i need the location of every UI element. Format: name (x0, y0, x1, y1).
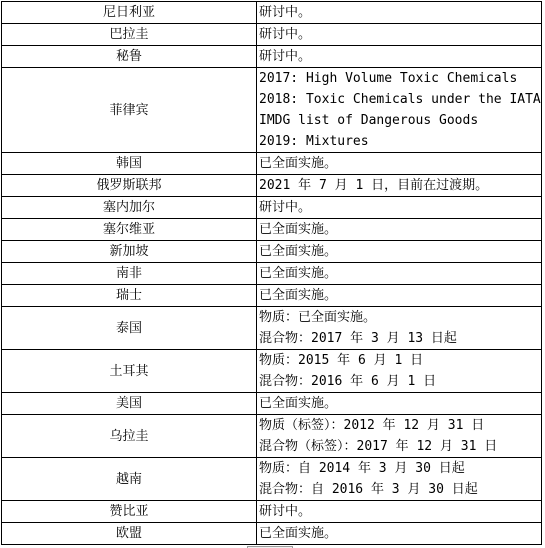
country-cell: 越南 (2, 458, 257, 501)
table-row: 塞内加尔研讨中。 (2, 197, 542, 219)
country-cell: 土耳其 (2, 350, 257, 393)
status-line: 2017: High Volume Toxic Chemicals (257, 68, 541, 89)
status-cell: 已全面实施。 (257, 153, 542, 175)
status-line: 物质：已全面实施。 (257, 307, 541, 328)
status-cell: 已全面实施。 (257, 523, 542, 545)
table-row: 越南物质：自 2014 年 3 月 30 日起混合物：自 2016 年 3 月 … (2, 458, 542, 501)
table-row: 土耳其物质：2015 年 6 月 1 日混合物：2016 年 6 月 1 日 (2, 350, 542, 393)
country-cell: 塞尔维亚 (2, 219, 257, 241)
status-line: 混合物：2016 年 6 月 1 日 (257, 371, 541, 392)
country-cell: 菲律宾 (2, 68, 257, 153)
status-line: 物质：2015 年 6 月 1 日 (257, 350, 541, 371)
table-row: 塞尔维亚已全面实施。 (2, 219, 542, 241)
country-cell: 美国 (2, 393, 257, 415)
country-cell: 赞比亚 (2, 501, 257, 523)
table-row: 欧盟已全面实施。 (2, 523, 542, 545)
status-cell: 研讨中。 (257, 501, 542, 523)
country-cell: 乌拉圭 (2, 415, 257, 458)
status-line: 混合物：自 2016 年 3 月 30 日起 (257, 479, 541, 500)
status-line: 研讨中。 (257, 197, 541, 218)
country-cell: 欧盟 (2, 523, 257, 545)
status-line: IMDG list of Dangerous Goods (257, 110, 541, 131)
status-cell: 已全面实施。 (257, 241, 542, 263)
country-cell: 新加坡 (2, 241, 257, 263)
country-cell: 瑞士 (2, 285, 257, 307)
table-row: 乌拉圭物质（标签）：2012 年 12 月 31 日混合物（标签）：2017 年… (2, 415, 542, 458)
status-line: 物质：自 2014 年 3 月 30 日起 (257, 458, 541, 479)
status-cell: 2017: High Volume Toxic Chemicals2018: T… (257, 68, 542, 153)
country-cell: 泰国 (2, 307, 257, 350)
table-row: 菲律宾2017: High Volume Toxic Chemicals2018… (2, 68, 542, 153)
country-cell: 南非 (2, 263, 257, 285)
table-row: 泰国物质：已全面实施。混合物：2017 年 3 月 13 日起 (2, 307, 542, 350)
country-cell: 韩国 (2, 153, 257, 175)
country-cell: 秘鲁 (2, 46, 257, 68)
status-cell: 物质：2015 年 6 月 1 日混合物：2016 年 6 月 1 日 (257, 350, 542, 393)
status-line: 混合物（标签）：2017 年 12 月 31 日 (257, 436, 541, 457)
table-row: 南非已全面实施。 (2, 263, 542, 285)
status-line: 2018: Toxic Chemicals under the IATA and (257, 89, 541, 110)
table-row: 瑞士已全面实施。 (2, 285, 542, 307)
table-row: 尼日利亚研讨中。 (2, 2, 542, 24)
status-line: 已全面实施。 (257, 241, 541, 262)
status-table-body: 尼日利亚研讨中。巴拉圭研讨中。秘鲁研讨中。菲律宾2017: High Volum… (2, 2, 542, 545)
status-line: 2019: Mixtures (257, 131, 541, 152)
status-cell: 物质：已全面实施。混合物：2017 年 3 月 13 日起 (257, 307, 542, 350)
status-cell: 物质（标签）：2012 年 12 月 31 日混合物（标签）：2017 年 12… (257, 415, 542, 458)
status-line: 已全面实施。 (257, 153, 541, 174)
status-line: 已全面实施。 (257, 393, 541, 414)
status-line: 混合物：2017 年 3 月 13 日起 (257, 328, 541, 349)
status-line: 已全面实施。 (257, 523, 541, 544)
status-line: 研讨中。 (257, 46, 541, 67)
status-line: 已全面实施。 (257, 285, 541, 306)
status-cell: 已全面实施。 (257, 219, 542, 241)
country-cell: 巴拉圭 (2, 24, 257, 46)
status-cell: 2021 年 7 月 1 日，目前在过渡期。 (257, 175, 542, 197)
table-row: 秘鲁研讨中。 (2, 46, 542, 68)
status-cell: 研讨中。 (257, 197, 542, 219)
status-line: 研讨中。 (257, 2, 541, 23)
table-row: 俄罗斯联邦2021 年 7 月 1 日，目前在过渡期。 (2, 175, 542, 197)
status-line: 研讨中。 (257, 501, 541, 522)
status-cell: 已全面实施。 (257, 263, 542, 285)
status-cell: 物质：自 2014 年 3 月 30 日起混合物：自 2016 年 3 月 30… (257, 458, 542, 501)
status-cell: 研讨中。 (257, 24, 542, 46)
status-cell: 研讨中。 (257, 46, 542, 68)
status-cell: 研讨中。 (257, 2, 542, 24)
status-line: 已全面实施。 (257, 263, 541, 284)
table-row: 新加坡已全面实施。 (2, 241, 542, 263)
status-cell: 已全面实施。 (257, 285, 542, 307)
table-row: 韩国已全面实施。 (2, 153, 542, 175)
status-line: 物质（标签）：2012 年 12 月 31 日 (257, 415, 541, 436)
table-row: 巴拉圭研讨中。 (2, 24, 542, 46)
table-row: 赞比亚研讨中。 (2, 501, 542, 523)
country-cell: 尼日利亚 (2, 2, 257, 24)
status-line: 2021 年 7 月 1 日，目前在过渡期。 (257, 175, 541, 196)
ghs-status-table: 尼日利亚研讨中。巴拉圭研讨中。秘鲁研讨中。菲律宾2017: High Volum… (1, 1, 542, 545)
status-line: 已全面实施。 (257, 219, 541, 240)
country-cell: 俄罗斯联邦 (2, 175, 257, 197)
country-cell: 塞内加尔 (2, 197, 257, 219)
status-line: 研讨中。 (257, 24, 541, 45)
status-cell: 已全面实施。 (257, 393, 542, 415)
table-row: 美国已全面实施。 (2, 393, 542, 415)
